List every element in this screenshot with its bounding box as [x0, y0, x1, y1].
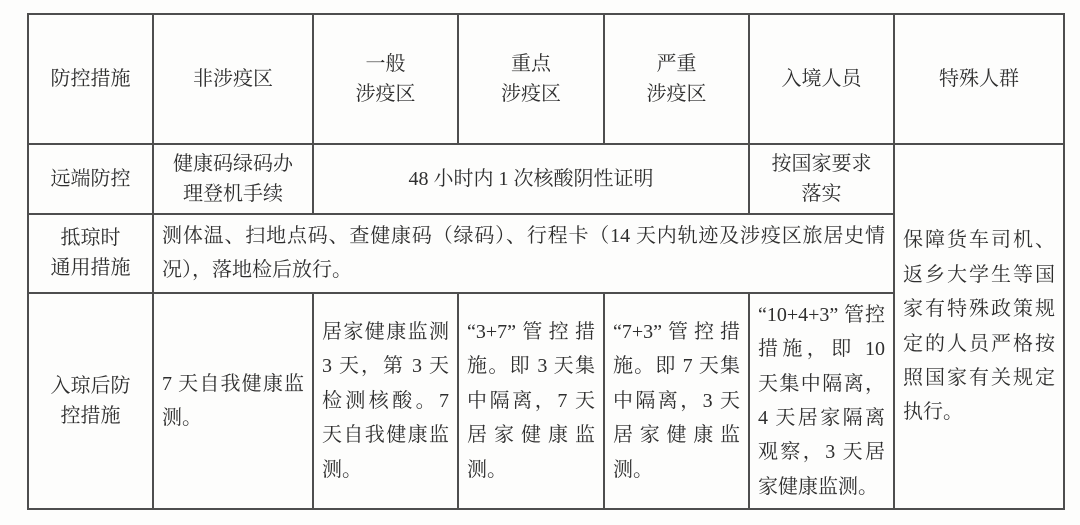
header-cell-measure: 防控措施 [28, 14, 153, 144]
scanned-document-page: 防控措施 非涉疫区 一般 涉疫区 重点 涉疫区 严重 涉疫区 入境人员 特殊人群… [0, 0, 1080, 525]
header-cell-inbound: 入境人员 [749, 14, 894, 144]
header-row: 防控措施 非涉疫区 一般 涉疫区 重点 涉疫区 严重 涉疫区 入境人员 特殊人群 [28, 14, 1064, 144]
cell-remote-inbound: 按国家要求 落实 [749, 144, 894, 214]
row-label-remote-prevention: 远端防控 [28, 144, 153, 214]
prevention-measures-table: 防控措施 非涉疫区 一般 涉疫区 重点 涉疫区 严重 涉疫区 入境人员 特殊人群… [27, 13, 1065, 510]
header-cell-key-epidemic: 重点 涉疫区 [458, 14, 604, 144]
cell-remote-epidemic-areas-merged: 48 小时内 1 次核酸阴性证明 [313, 144, 749, 214]
row-label-arrival-common-measures: 抵琼时 通用措施 [28, 214, 153, 293]
cell-after-entry-severe-epidemic: “7+3”管控措施。即 7 天集中隔离，3 天居家健康监测。 [604, 293, 749, 509]
header-cell-non-epidemic: 非涉疫区 [153, 14, 313, 144]
cell-remote-non-epidemic: 健康码绿码办 理登机手续 [153, 144, 313, 214]
cell-after-entry-key-epidemic: “3+7”管控措施。即 3 天集中隔离，7 天居家健康监测。 [458, 293, 604, 509]
row-label-after-entry-measures: 入琼后防 控措施 [28, 293, 153, 509]
cell-arrival-all-areas-merged: 测体温、扫地点码、查健康码（绿码）、行程卡（14 天内轨迹及涉疫区旅居史情况），… [153, 214, 894, 293]
cell-special-group-note: 保障货车司机、返乡大学生等国家有特殊政策规定的人员严格按照国家有关规定执行。 [894, 144, 1064, 509]
cell-after-entry-non-epidemic: 7 天自我健康监测。 [153, 293, 313, 509]
header-cell-severe-epidemic: 严重 涉疫区 [604, 14, 749, 144]
header-cell-special-group: 特殊人群 [894, 14, 1064, 144]
row-remote-prevention: 远端防控 健康码绿码办 理登机手续 48 小时内 1 次核酸阴性证明 按国家要求… [28, 144, 1064, 214]
cell-after-entry-inbound: “10+4+3” 管控措施，即 10 天集中隔离，4 天居家隔离观察，3 天居家… [749, 293, 894, 509]
cell-after-entry-general-epidemic: 居家健康监测 3 天，第 3 天检测核酸。7 天自我健康监测。 [313, 293, 458, 509]
header-cell-general-epidemic: 一般 涉疫区 [313, 14, 458, 144]
